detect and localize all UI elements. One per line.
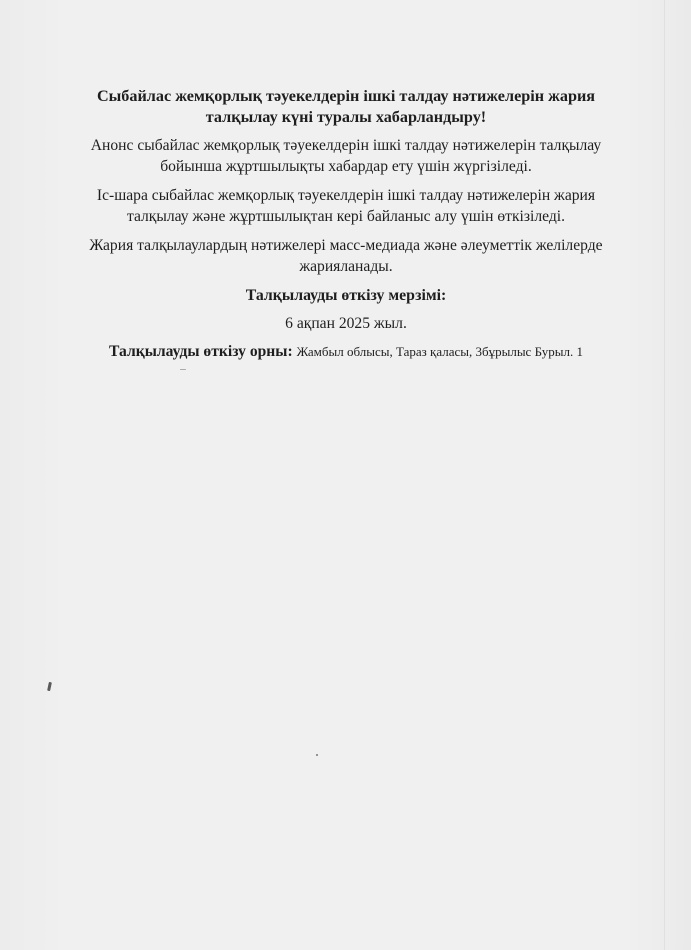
scan-speck	[180, 369, 186, 370]
paragraph-announcement: Анонс сыбайлас жемқорлық тәуекелдерін іш…	[78, 136, 614, 177]
announcement-title: Сыбайлас жемқорлық тәуекелдерін ішкі тал…	[86, 86, 606, 128]
scan-speck	[47, 682, 52, 691]
paragraph-results: Жария талқылаулардың нәтижелері масс-мед…	[86, 236, 606, 277]
venue-value: Жамбыл облысы, Тараз қаласы, 3бұрылыс Бу…	[297, 344, 583, 359]
paragraph-event: Іс-шара сыбайлас жемқорлық тәуекелдерін …	[86, 186, 606, 227]
announcement-body: Сыбайлас жемқорлық тәуекелдерін ішкі тал…	[86, 86, 606, 362]
scanned-page: Сыбайлас жемқорлық тәуекелдерін ішкі тал…	[0, 0, 691, 950]
date-value: 6 ақпан 2025 жыл.	[86, 314, 606, 334]
scan-edge-line	[664, 0, 665, 950]
venue-label: Талқылауды өткізу орны:	[109, 343, 293, 360]
date-heading: Талқылауды өткізу мерзімі:	[86, 286, 606, 306]
scan-speck	[316, 754, 318, 756]
venue-line: Талқылауды өткізу орны: Жамбыл облысы, Т…	[86, 342, 606, 362]
